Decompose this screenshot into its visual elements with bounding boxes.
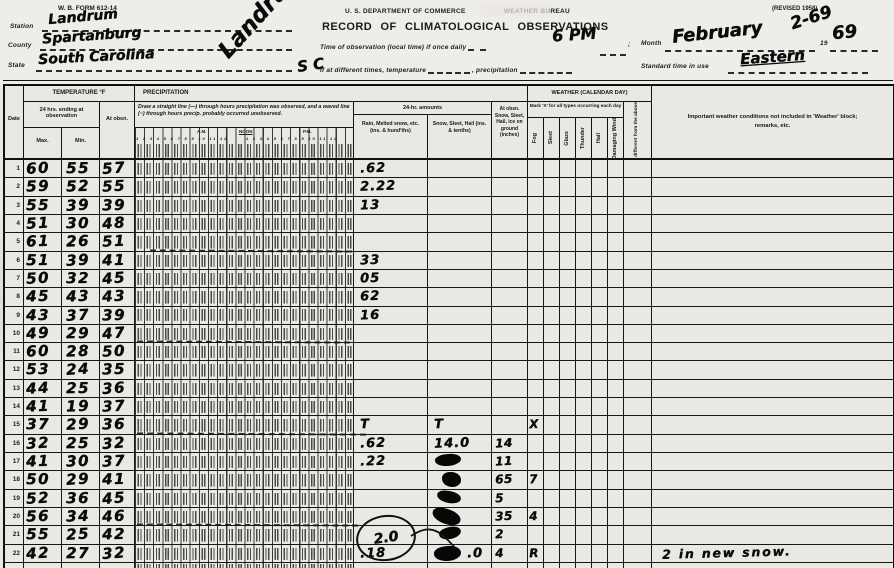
- at-obsn-temp-value: 45: [101, 270, 126, 287]
- wx6-cell: [608, 233, 624, 250]
- date-cell: 11: [5, 343, 24, 360]
- obs-cell: 55: [100, 178, 135, 195]
- at-obsn-temp-value: 39: [102, 197, 126, 213]
- partial-cell: [608, 563, 624, 568]
- wx1-cell: [528, 453, 544, 470]
- precip-label: , precipitation: [472, 67, 518, 74]
- depth-header-text: At obsn. Snow, Sleet, Hail, ice on groun…: [492, 106, 527, 139]
- wx4-cell: [576, 252, 592, 269]
- min-cell: 24: [62, 361, 100, 378]
- date-cell: 10: [5, 325, 24, 342]
- snow-cell: [428, 197, 492, 214]
- wx6-cell: [608, 545, 624, 562]
- min-cell: 25: [62, 526, 100, 543]
- table-row-day-4: 4513048: [5, 215, 893, 233]
- wx3-cell: [560, 215, 576, 232]
- wx6-cell: [608, 471, 624, 488]
- scan-smudge: [480, 4, 550, 16]
- wx4-cell: [576, 215, 592, 232]
- min-temp-value: 29: [66, 472, 91, 488]
- depth-cell: [492, 380, 528, 397]
- min-cell: 36: [62, 490, 100, 507]
- partial-cell: [492, 563, 528, 568]
- precipitation-header-text: PRECIPITATION: [135, 90, 527, 96]
- min-cell: 30: [62, 215, 100, 232]
- wx2-cell: [544, 471, 560, 488]
- rain-cell: 16: [354, 307, 428, 324]
- wx2-cell: [544, 545, 560, 562]
- snow-amount-value: .0: [467, 546, 483, 560]
- wx5-cell: [592, 197, 608, 214]
- inked-out-blob: [436, 489, 461, 504]
- remarks-cell: [652, 453, 893, 470]
- wx2-cell: [544, 380, 560, 397]
- snow-cell: [428, 343, 492, 360]
- wx3-cell: [560, 233, 576, 250]
- weather-type-col-thunder: Thunder: [576, 118, 592, 159]
- remarks-cell: [652, 307, 893, 324]
- partial-cell: [592, 563, 608, 568]
- timeobs-cell: [624, 380, 652, 397]
- snow-cell: [428, 325, 492, 342]
- at-obsn-temp-value: 50: [102, 344, 127, 360]
- wx4-cell: [576, 416, 592, 433]
- date-cell: 21: [5, 526, 24, 543]
- col-header-remarks: Important weather conditions not include…: [652, 86, 893, 159]
- depth-cell: [492, 233, 528, 250]
- wx4-cell: [576, 380, 592, 397]
- snow-depth-value: 35: [495, 509, 513, 522]
- min-cell: 29: [62, 471, 100, 488]
- rain-amount-value: 2.22: [360, 180, 397, 194]
- weather-type-label: Hail: [597, 133, 603, 143]
- wx5-cell: [592, 435, 608, 452]
- timeobs-cell: [624, 233, 652, 250]
- grid-cell: [135, 270, 354, 287]
- grid-cell: [135, 545, 354, 562]
- max-temp-value: 55: [26, 198, 50, 213]
- table-row-day-9: 943373916: [5, 307, 893, 325]
- depth-cell: 4: [492, 545, 528, 562]
- remarks-cell: [652, 197, 893, 214]
- min-temp-value: 39: [66, 252, 91, 268]
- wx5-cell: [592, 160, 608, 177]
- wx2-cell: [544, 288, 560, 305]
- min-cell: 29: [62, 325, 100, 342]
- rain-cell: [354, 361, 428, 378]
- max-temp-value: 50: [26, 472, 50, 487]
- max-temp-value: 49: [26, 325, 51, 341]
- rain-cell: .62: [354, 160, 428, 177]
- wx5-cell: [592, 178, 608, 195]
- min-temp-value: 26: [66, 234, 90, 250]
- table-row-day-13: 13442536: [5, 380, 893, 398]
- min-temp-value: 55: [66, 161, 90, 176]
- timeobs-cell: [624, 453, 652, 470]
- remarks-cell: [652, 343, 893, 360]
- obs-cell: 39: [100, 307, 135, 324]
- rain-amount-value: .62: [360, 436, 386, 450]
- col-header-min: Min.: [62, 128, 100, 159]
- grid-cell: [135, 526, 354, 543]
- diff-rule2: [520, 64, 572, 74]
- inked-out-blob: [442, 472, 461, 487]
- wx4-cell: [576, 197, 592, 214]
- noon-label: NOON: [239, 129, 253, 134]
- wx2-cell: [544, 398, 560, 415]
- wx6-cell: [608, 325, 624, 342]
- at-obsn-temp-value: 55: [102, 179, 127, 195]
- at-obsn-temp-value: 37: [102, 453, 127, 469]
- min-cell: 25: [62, 435, 100, 452]
- max-temp-value: 60: [26, 160, 51, 176]
- obs-cell: 57: [100, 160, 135, 177]
- wx1-cell: [528, 160, 544, 177]
- obs-cell: 43: [100, 288, 135, 305]
- wx1-cell: X: [528, 416, 544, 433]
- table-row-day-15: 15372936TTX: [5, 416, 893, 434]
- max-temp-value: 43: [26, 307, 50, 322]
- wx1-cell: [528, 178, 544, 195]
- wx6-cell: [608, 252, 624, 269]
- station-label: Station: [10, 23, 33, 30]
- min-cell: 43: [62, 288, 100, 305]
- wx1-cell: [528, 197, 544, 214]
- grid-cell: [135, 325, 354, 342]
- weather-mark-value: 4: [529, 510, 538, 522]
- wx4-cell: [576, 233, 592, 250]
- min-cell: 25: [62, 380, 100, 397]
- wx3-cell: [560, 343, 576, 360]
- wx3-cell: [560, 435, 576, 452]
- wx4-cell: [576, 361, 592, 378]
- wx3-cell: [560, 545, 576, 562]
- timeobs-cell: [624, 215, 652, 232]
- rain-amount-value: 33: [360, 253, 381, 267]
- snow-cell: [428, 361, 492, 378]
- date-cell: 6: [5, 252, 24, 269]
- depth-cell: [492, 416, 528, 433]
- weather-mark-value: 7: [529, 473, 538, 485]
- wx2-cell: [544, 343, 560, 360]
- inked-out-blob: [438, 524, 462, 542]
- wx5-cell: [592, 233, 608, 250]
- min-cell: 19: [62, 398, 100, 415]
- rain-amount-value: 62: [360, 290, 381, 304]
- wx3-cell: [560, 508, 576, 525]
- remarks-cell: [652, 233, 893, 250]
- weather-type-col-damaging-wind: Damaging Wind: [608, 118, 624, 159]
- state-label: State: [8, 62, 25, 69]
- wx1-cell: [528, 343, 544, 360]
- wx3-cell: [560, 471, 576, 488]
- wx2-cell: [544, 160, 560, 177]
- min-temp-value: 32: [66, 271, 90, 286]
- wx1-cell: [528, 398, 544, 415]
- min-cell: 32: [62, 270, 100, 287]
- max-cell: 56: [24, 508, 62, 525]
- remarks-header-text: Important weather conditions not include…: [652, 113, 893, 132]
- wx6-cell: [608, 178, 624, 195]
- max-temp-value: 41: [26, 399, 50, 415]
- grid-cell: [135, 197, 354, 214]
- t24-header-text: 24 hrs. ending at observation: [24, 107, 99, 119]
- depth-cell: [492, 325, 528, 342]
- partial-cell: [135, 563, 354, 568]
- max-temp-value: 60: [26, 344, 50, 360]
- wx6-cell: [608, 526, 624, 543]
- obs-time-suffix: ;: [628, 41, 630, 48]
- min-temp-value: 36: [66, 491, 90, 506]
- col-header-24hrs: 24 hrs. ending at observation: [24, 102, 100, 128]
- wx6-cell: [608, 270, 624, 287]
- max-cell: 41: [24, 398, 62, 415]
- hour-scale-header: A.M. NOON P.M. 1 2 3 4 5 6 7 8 9 10 11 1…: [135, 128, 354, 159]
- partial-cell: [544, 563, 560, 568]
- obs-cell: 35: [100, 361, 135, 378]
- timeobs-cell: [624, 160, 652, 177]
- date-cell: 3: [5, 197, 24, 214]
- wx5-cell: [592, 453, 608, 470]
- dept-text: U. S. DEPARTMENT OF COMMERCE: [345, 8, 466, 15]
- wx6-cell: [608, 361, 624, 378]
- wx5-cell: [592, 252, 608, 269]
- diff-rule1: [428, 64, 470, 74]
- timeobs-cell: [624, 325, 652, 342]
- snow-cell: [428, 215, 492, 232]
- wx3-cell: [560, 361, 576, 378]
- snow-cell: T: [428, 416, 492, 433]
- min-cell: 30: [62, 453, 100, 470]
- wx6-cell: [608, 160, 624, 177]
- date-cell: 20: [5, 508, 24, 525]
- table-top-rule: [3, 80, 893, 81]
- at-obsn-temp-value: 41: [102, 472, 126, 488]
- col-header-snow: Snow, Sleet, Hail (ins. & tenths): [428, 115, 492, 159]
- depth-cell: [492, 361, 528, 378]
- wx2-cell: [544, 416, 560, 433]
- rain-cell: [354, 215, 428, 232]
- max-cell: 42: [24, 545, 62, 562]
- min-cell: 39: [62, 252, 100, 269]
- at-obsn-temp-value: 32: [101, 545, 126, 562]
- depth-cell: [492, 160, 528, 177]
- col-header-max: Max.: [24, 128, 62, 159]
- table-row-day-7: 750324505: [5, 270, 893, 288]
- rain-cell: [354, 471, 428, 488]
- weather-type-label: Glaze: [565, 131, 571, 146]
- col-header-date: Date: [5, 86, 24, 159]
- min-temp-value: 30: [66, 454, 90, 470]
- rain-cell: 05: [354, 270, 428, 287]
- obs-time-rule2: [600, 46, 626, 56]
- snow-depth-value: 5: [495, 491, 504, 503]
- data-rows: 1605557.6225952552.223553939134513048561…: [5, 159, 893, 568]
- wx5-cell: [592, 471, 608, 488]
- weather-type-label: Fog: [533, 133, 539, 143]
- depth-cell: 11: [492, 453, 528, 470]
- std-time-value: Eastern: [740, 48, 806, 67]
- obs-time-value: 6 PM: [551, 25, 596, 44]
- min-cell: 27: [62, 545, 100, 562]
- wx4-cell: [576, 160, 592, 177]
- date-cell: 9: [5, 307, 24, 324]
- at-obsn-temp-value: 32: [101, 435, 126, 452]
- grid-cell: [135, 343, 354, 360]
- obs-cell: 45: [100, 270, 135, 287]
- max-cell: 55: [24, 526, 62, 543]
- snow-cell: [428, 471, 492, 488]
- snow-cell: [428, 380, 492, 397]
- depth-cell: [492, 343, 528, 360]
- table-row-day-16: 16322532.6214.014: [5, 435, 893, 453]
- snow-cell: [428, 526, 492, 543]
- col-header-time-obsn: Time of Obsn. if different from the abov…: [624, 102, 652, 159]
- at-obsn-temp-value: 39: [102, 307, 126, 323]
- obs-time-label: Time of observation (local time) if once…: [320, 44, 466, 51]
- min-header-text: Min.: [62, 138, 99, 144]
- obs-cell: 50: [100, 343, 135, 360]
- table-row-day-12: 12532435: [5, 361, 893, 379]
- obs-cell: 48: [100, 215, 135, 232]
- max-temp-value: 59: [26, 179, 50, 195]
- depth-cell: [492, 398, 528, 415]
- partial-cell: [624, 563, 652, 568]
- max-cell: 37: [24, 416, 62, 433]
- snow-depth-value: 4: [495, 546, 504, 558]
- wx4-cell: [576, 325, 592, 342]
- obs-cell: 37: [100, 453, 135, 470]
- partial-cell: [652, 563, 893, 568]
- remarks-cell: [652, 178, 893, 195]
- depth-cell: 5: [492, 490, 528, 507]
- wx4-cell: [576, 288, 592, 305]
- min-cell: 39: [62, 197, 100, 214]
- max-cell: 50: [24, 270, 62, 287]
- table-row-day-22: 22422732.18.04R2 in new snow.: [5, 545, 893, 563]
- wx1-cell: [528, 252, 544, 269]
- wx1-cell: 4: [528, 508, 544, 525]
- min-temp-value: 19: [66, 399, 90, 415]
- partial-cell: [24, 563, 62, 568]
- grid-cell: [135, 435, 354, 452]
- obs-cell: 36: [100, 416, 135, 433]
- wx1-cell: [528, 490, 544, 507]
- wx4-cell: [576, 343, 592, 360]
- wx3-cell: [560, 197, 576, 214]
- obs-cell: 36: [100, 380, 135, 397]
- max-cell: 41: [24, 453, 62, 470]
- rain-amount-value: 16: [360, 308, 381, 322]
- obs-cell: 42: [100, 526, 135, 543]
- wx4-cell: [576, 178, 592, 195]
- col-header-snow-depth: At obsn. Snow, Sleet, Hail, ice on groun…: [492, 102, 528, 159]
- date-cell: 19: [5, 490, 24, 507]
- snow-depth-value: 11: [495, 455, 513, 468]
- max-temp-value: 50: [26, 270, 51, 286]
- snow-cell: [428, 160, 492, 177]
- table-row-day-14: 14411937: [5, 398, 893, 416]
- grid-cell: [135, 215, 354, 232]
- min-temp-value: 30: [66, 216, 90, 231]
- grid-cell: [135, 178, 354, 195]
- remarks-cell: [652, 325, 893, 342]
- max-cell: 61: [24, 233, 62, 250]
- max-cell: 44: [24, 380, 62, 397]
- max-temp-value: 41: [26, 454, 50, 470]
- remarks-cell: [652, 490, 893, 507]
- min-temp-value: 25: [66, 527, 91, 543]
- amounts-header-text: 24-hr. amounts: [354, 105, 491, 111]
- date-cell: 14: [5, 398, 24, 415]
- max-cell: 60: [24, 160, 62, 177]
- weather-type-col-glaze: Glaze: [560, 118, 576, 159]
- rain-amount-value: 05: [360, 272, 381, 286]
- timeobs-cell: [624, 398, 652, 415]
- table-row-day-5: 5612651: [5, 233, 893, 251]
- at-obsn-temp-value: 37: [102, 398, 127, 414]
- min-cell: 28: [62, 343, 100, 360]
- partial-cell: [100, 563, 135, 568]
- wx5-cell: [592, 288, 608, 305]
- wx5-cell: [592, 545, 608, 562]
- at-obsn-header-text: At obsn.: [100, 116, 134, 122]
- wx4-cell: [576, 471, 592, 488]
- timeobs-cell: [624, 361, 652, 378]
- grid-cell: [135, 307, 354, 324]
- at-obsn-temp-value: 36: [101, 380, 126, 397]
- wx2-cell: [544, 453, 560, 470]
- depth-cell: [492, 178, 528, 195]
- wx6-cell: [608, 453, 624, 470]
- obs-cell: 51: [100, 233, 135, 250]
- max-cell: 43: [24, 307, 62, 324]
- grid-cell: [135, 508, 354, 525]
- max-temp-value: 51: [26, 215, 51, 231]
- partial-cell: [560, 563, 576, 568]
- snow-cell: [428, 252, 492, 269]
- max-temp-value: 56: [26, 509, 50, 525]
- date-cell: 4: [5, 215, 24, 232]
- wx6-cell: [608, 508, 624, 525]
- obs-cell: 47: [100, 325, 135, 342]
- partial-cell: [5, 563, 24, 568]
- wx1-cell: [528, 233, 544, 250]
- wx1-cell: [528, 325, 544, 342]
- max-temp-value: 51: [26, 252, 50, 267]
- obs-cell: 45: [100, 490, 135, 507]
- wx6-cell: [608, 343, 624, 360]
- rain-cell: [354, 526, 428, 543]
- wx2-cell: [544, 215, 560, 232]
- wx4-cell: [576, 526, 592, 543]
- col-header-temperature: TEMPERATURE °F: [24, 86, 135, 102]
- wx2-cell: [544, 178, 560, 195]
- weather-type-label: Damaging Wind: [613, 118, 619, 159]
- timeobs-cell: [624, 288, 652, 305]
- min-cell: 34: [62, 508, 100, 525]
- wx2-cell: [544, 252, 560, 269]
- min-temp-value: 43: [66, 289, 90, 305]
- wx5-cell: [592, 343, 608, 360]
- min-temp-value: 39: [66, 197, 91, 213]
- table-row-day-18: 18502941657: [5, 471, 893, 489]
- wx3-cell: [560, 526, 576, 543]
- obs-time-line: Time of observation (local time) if once…: [320, 41, 486, 51]
- partial-cell: [528, 563, 544, 568]
- snow-depth-value: 14: [495, 436, 513, 449]
- table-row-day-6: 651394133: [5, 252, 893, 270]
